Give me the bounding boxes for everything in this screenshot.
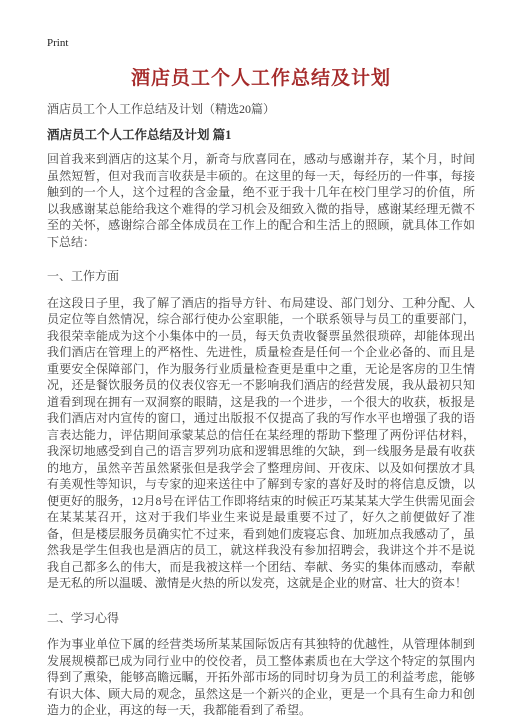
section-heading-learning: 二、学习心得 xyxy=(47,610,475,627)
section-body-learning: 作为事业单位下属的经营类场所某某国际饭店有其独特的优越性，从管理体制到发展规模都… xyxy=(47,636,475,718)
print-button[interactable]: Print xyxy=(47,36,68,50)
page-title: 酒店员工个人工作总结及计划 xyxy=(47,66,475,92)
document-page: Print 酒店员工个人工作总结及计划 酒店员工个人工作总结及计划（精选20篇）… xyxy=(0,0,520,718)
section-heading-work: 一、工作方面 xyxy=(47,268,475,285)
section-body-work: 在这段日子里，我了解了酒店的指导方针、布局建设、部门划分、工种分配、人员定位等自… xyxy=(47,295,475,592)
intro-paragraph: 回首我来到酒店的这某个月，新奇与欣喜同在，感动与感谢并存，某个月，时间虽然短暂，… xyxy=(47,151,475,250)
article-heading: 酒店员工个人工作总结及计划 篇1 xyxy=(47,127,475,143)
page-subtitle: 酒店员工个人工作总结及计划（精选20篇） xyxy=(47,101,475,117)
